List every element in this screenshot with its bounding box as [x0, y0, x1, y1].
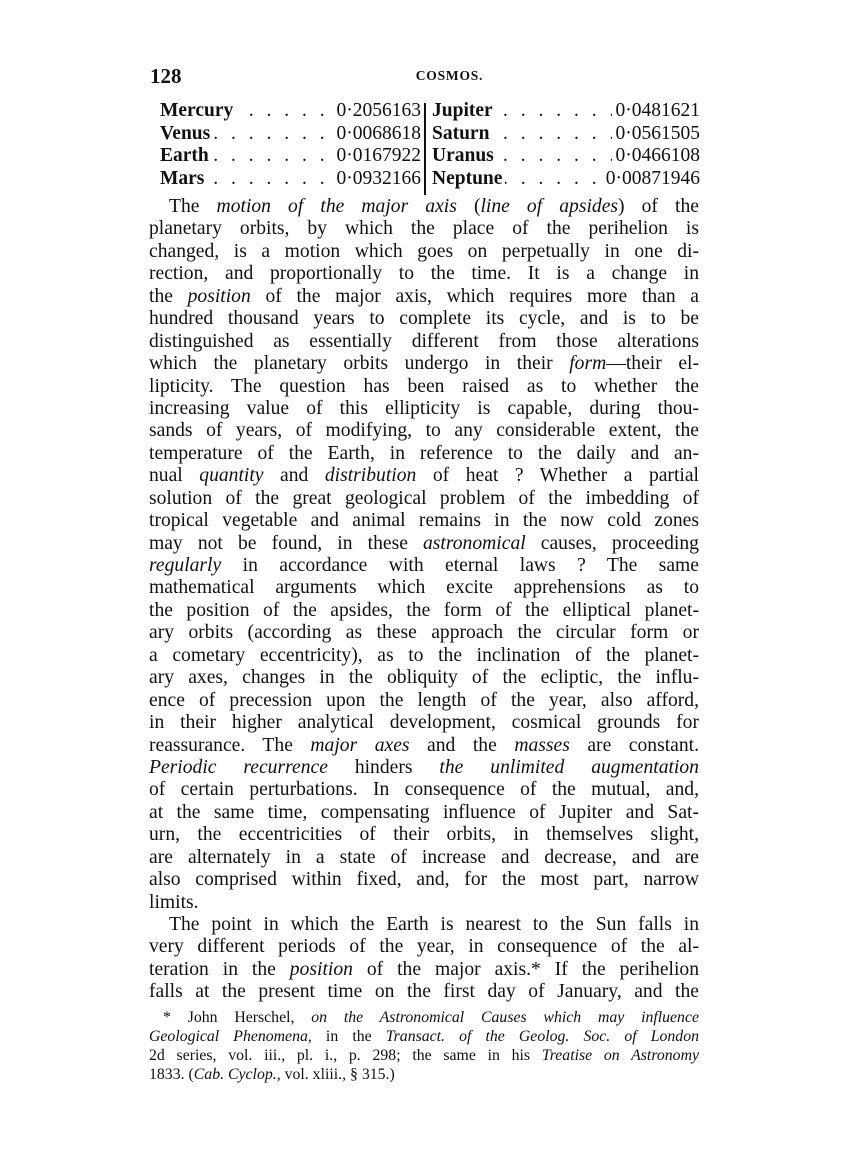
text-line: distinguished as essentially different f…: [149, 331, 699, 353]
text-line-content: are alternately in a state of increase a…: [149, 847, 699, 869]
italic-text: Periodic recurrence: [149, 757, 328, 778]
text-line: a cometary eccentricity), as to the incl…: [149, 645, 699, 667]
text-line-content: limits.: [149, 892, 699, 914]
text-run: a cometary eccentricity), as to the incl…: [149, 645, 699, 666]
table-row: . . . . . . . . . . . . . . . . . . . . …: [432, 123, 700, 146]
text-run: The point in which the Earth is nearest …: [169, 914, 699, 935]
text-line: ary axes, changes in the obliquity of th…: [149, 667, 699, 689]
text-run: 1833. (: [149, 1066, 194, 1083]
text-line-content: also comprised within fixed, and, for th…: [149, 869, 699, 891]
italic-text: quantity: [199, 465, 263, 486]
italic-text: the unlimited augmentation: [439, 757, 699, 778]
text-run: planetary orbits, by which the place of …: [149, 218, 699, 239]
italic-text: major axes: [310, 735, 409, 756]
text-line: hundred thousand years to complete its c…: [149, 308, 699, 330]
text-run: nual: [149, 465, 199, 486]
table-row: . . . . . . . . . . . . . . . . . . . . …: [432, 145, 700, 168]
text-run: the: [149, 286, 188, 307]
text-line-content: regularly in accordance with eternal law…: [149, 555, 699, 577]
text-run: of the major axis.* If the perihelion: [353, 959, 699, 980]
text-line-content: nual quantity and distribution of heat ?…: [149, 465, 699, 487]
eccentricity-value: 0·0932166: [333, 168, 422, 191]
column-divider: [424, 103, 426, 195]
italic-text: position: [188, 286, 251, 307]
text-line: ence of precession upon the length of th…: [149, 690, 699, 712]
text-line-content: 2d series, vol. iii., pl. i., p. 298; th…: [149, 1046, 699, 1065]
text-line-content: which the planetary orbits undergo in th…: [149, 353, 699, 375]
eccentricity-value: 0·0167922: [333, 145, 422, 168]
italic-text: distribution: [325, 465, 416, 486]
text-line-content: urn, the eccentricities of their orbits,…: [149, 824, 699, 846]
text-line: ary orbits (according as these approach …: [149, 622, 699, 644]
text-line-content: ary orbits (according as these approach …: [149, 622, 699, 644]
text-line: The motion of the major axis (line of ap…: [149, 196, 699, 218]
table-row: . . . . . . . . . . . . . . . . . . . . …: [160, 100, 421, 123]
text-run: in their higher analytical development, …: [149, 712, 699, 733]
text-run: are alternately in a state of increase a…: [149, 847, 699, 868]
text-line-content: rection, and proportionally to the time.…: [149, 263, 699, 285]
text-run: causes, proceeding: [526, 533, 699, 554]
text-run: at the same time, compensating influence…: [149, 802, 699, 823]
planet-name: Earth: [160, 145, 212, 166]
running-title: COSMOS.: [150, 68, 699, 84]
text-line: tropical vegetable and animal remains in…: [149, 510, 699, 532]
text-run: hinders: [328, 757, 440, 778]
text-line: the position of the major axis, which re…: [149, 286, 699, 308]
text-line: of certain perturbations. In consequence…: [149, 779, 699, 801]
text-line: mathematical arguments which excite appr…: [149, 577, 699, 599]
italic-text: masses: [514, 735, 570, 756]
text-line: * John Herschel, on the Astronomical Cau…: [149, 1008, 699, 1027]
text-run: of the major axis, which requires more t…: [251, 286, 699, 307]
text-run: ) of the: [618, 196, 699, 217]
text-run: solution of the great geological problem…: [149, 488, 699, 509]
text-line: The point in which the Earth is nearest …: [149, 914, 699, 936]
text-line: 2d series, vol. iii., pl. i., p. 298; th…: [149, 1046, 699, 1065]
italic-text: Cab. Cyclop.: [194, 1066, 277, 1083]
table-column-left: . . . . . . . . . . . . . . . . . . . . …: [160, 100, 421, 196]
text-line: reassurance. The major axes and the mass…: [149, 735, 699, 757]
text-line: are alternately in a state of increase a…: [149, 847, 699, 869]
text-line: also comprised within fixed, and, for th…: [149, 869, 699, 891]
planet-name: Uranus: [432, 145, 497, 166]
text-line: which the planetary orbits undergo in th…: [149, 353, 699, 375]
italic-text: regularly: [149, 555, 221, 576]
text-line-content: increasing value of this ellipticity is …: [149, 398, 699, 420]
text-run: rection, and proportionally to the time.…: [149, 263, 699, 284]
text-line: Geological Phenomena, in the Transact. o…: [149, 1027, 699, 1046]
text-line: at the same time, compensating influence…: [149, 802, 699, 824]
text-line: very different periods of the year, in c…: [149, 936, 699, 958]
text-line-content: solution of the great geological problem…: [149, 488, 699, 510]
text-line: urn, the eccentricities of their orbits,…: [149, 824, 699, 846]
text-run: and the: [410, 735, 515, 756]
text-run: changed, is a motion which goes on perpe…: [149, 241, 699, 262]
text-line-content: ence of precession upon the length of th…: [149, 690, 699, 712]
italic-text: on the Astronomical Causes which may inf…: [311, 1009, 699, 1026]
table-row: . . . . . . . . . . . . . . . . . . . . …: [160, 145, 421, 168]
italic-text: Transact. of the Geolog. Soc. of London: [386, 1028, 699, 1045]
text-run: of heat ? Whether a partial: [416, 465, 699, 486]
text-line-content: sands of years, of modifying, to any con…: [149, 420, 699, 442]
text-run: increasing value of this ellipticity is …: [149, 398, 699, 419]
text-run: (: [457, 196, 481, 217]
text-line-content: planetary orbits, by which the place of …: [149, 218, 699, 240]
text-line-content: lipticity. The question has been raised …: [149, 376, 699, 398]
text-run: ary axes, changes in the obliquity of th…: [149, 667, 699, 688]
text-run: teration in the: [149, 959, 290, 980]
text-line: nual quantity and distribution of heat ?…: [149, 465, 699, 487]
text-line: increasing value of this ellipticity is …: [149, 398, 699, 420]
text-line: Periodic recurrence hinders the unlimite…: [149, 757, 699, 779]
italic-text: motion of the major axis: [217, 196, 457, 217]
text-line-content: ary axes, changes in the obliquity of th…: [149, 667, 699, 689]
text-line-content: temperature of the Earth, in reference t…: [149, 443, 699, 465]
table-row: . . . . . . . . . . . . . . . . . . . . …: [432, 100, 700, 123]
text-line: changed, is a motion which goes on perpe…: [149, 241, 699, 263]
running-head: 128 COSMOS.: [150, 64, 699, 88]
eccentricity-value: 0·0068618: [333, 123, 422, 146]
eccentricity-value: 0·2056163: [333, 100, 422, 123]
text-line-content: the position of the apsides, the form of…: [149, 600, 699, 622]
text-line: sands of years, of modifying, to any con…: [149, 420, 699, 442]
italic-text: Geological Phenomena: [149, 1028, 308, 1045]
text-run: urn, the eccentricities of their orbits,…: [149, 824, 699, 845]
text-line-content: Periodic recurrence hinders the unlimite…: [149, 757, 699, 779]
italic-text: line of apsides: [480, 196, 618, 217]
text-run: limits.: [149, 892, 199, 913]
text-line: teration in the position of the major ax…: [149, 959, 699, 981]
eccentricity-table: . . . . . . . . . . . . . . . . . . . . …: [160, 100, 700, 196]
text-run: reassurance. The: [149, 735, 310, 756]
text-run: hundred thousand years to complete its c…: [149, 308, 699, 329]
planet-name: Jupiter: [432, 100, 496, 121]
text-run: , in the: [308, 1028, 386, 1045]
text-run: and: [263, 465, 324, 486]
text-run: which the planetary orbits undergo in th…: [149, 353, 569, 374]
text-run: of certain perturbations. In consequence…: [149, 779, 699, 800]
text-run: mathematical arguments which excite appr…: [149, 577, 699, 598]
text-line: may not be found, in these astronomical …: [149, 533, 699, 555]
text-line-content: very different periods of the year, in c…: [149, 936, 699, 958]
text-run: very different periods of the year, in c…: [149, 936, 699, 957]
text-line: 1833. (Cab. Cyclop., vol. xliii., § 315.…: [149, 1065, 699, 1084]
text-line-content: hundred thousand years to complete its c…: [149, 308, 699, 330]
italic-text: astronomical: [423, 533, 526, 554]
text-line-content: * John Herschel, on the Astronomical Cau…: [163, 1008, 699, 1027]
planet-name: Venus: [160, 123, 213, 144]
planet-name: Saturn: [432, 123, 492, 144]
text-run: 2d series, vol. iii., pl. i., p. 298; th…: [149, 1047, 542, 1064]
table-row: . . . . . . . . . . . . . . . . . . . . …: [160, 123, 421, 146]
text-run: The: [169, 196, 217, 217]
text-line-content: tropical vegetable and animal remains in…: [149, 510, 699, 532]
text-line-content: in their higher analytical development, …: [149, 712, 699, 734]
text-line: in their higher analytical development, …: [149, 712, 699, 734]
eccentricity-value: 0·0561505: [612, 123, 701, 146]
eccentricity-value: 0·00871946: [602, 168, 700, 191]
italic-text: Treatise on Astronomy: [542, 1047, 699, 1064]
text-line-content: teration in the position of the major ax…: [149, 959, 699, 981]
text-line-content: The motion of the major axis (line of ap…: [169, 196, 699, 218]
text-run: falls at the present time on the first d…: [149, 981, 699, 1002]
text-run: lipticity. The question has been raised …: [149, 376, 699, 397]
text-line-content: a cometary eccentricity), as to the incl…: [149, 645, 699, 667]
text-line: limits.: [149, 892, 699, 914]
table-column-right: . . . . . . . . . . . . . . . . . . . . …: [432, 100, 700, 196]
text-line: regularly in accordance with eternal law…: [149, 555, 699, 577]
text-run: ary orbits (according as these approach …: [149, 622, 699, 643]
text-line-content: mathematical arguments which excite appr…: [149, 577, 699, 599]
text-run: , vol. xliii., § 315.): [277, 1066, 395, 1083]
text-line: lipticity. The question has been raised …: [149, 376, 699, 398]
text-line-content: of certain perturbations. In consequence…: [149, 779, 699, 801]
text-run: tropical vegetable and animal remains in…: [149, 510, 699, 531]
text-run: * John Herschel,: [163, 1009, 311, 1026]
text-line: rection, and proportionally to the time.…: [149, 263, 699, 285]
text-line: temperature of the Earth, in reference t…: [149, 443, 699, 465]
text-line: falls at the present time on the first d…: [149, 981, 699, 1003]
text-line-content: Geological Phenomena, in the Transact. o…: [149, 1027, 699, 1046]
text-line-content: falls at the present time on the first d…: [149, 981, 699, 1003]
text-run: may not be found, in these: [149, 533, 423, 554]
table-row: . . . . . . . . . . . . . . . . . . . . …: [160, 168, 421, 191]
eccentricity-value: 0·0481621: [612, 100, 701, 123]
text-line-content: 1833. (Cab. Cyclop., vol. xliii., § 315.…: [149, 1065, 699, 1084]
text-run: in accordance with eternal laws ? The sa…: [221, 555, 699, 576]
text-line-content: distinguished as essentially different f…: [149, 331, 699, 353]
italic-text: position: [290, 959, 353, 980]
text-run: —their el-: [606, 353, 699, 374]
book-page: 128 COSMOS. . . . . . . . . . . . . . . …: [0, 0, 850, 1150]
table-row: . . . . . . . . . . . . . . . . . . . . …: [432, 168, 700, 191]
body-text: The motion of the major axis (line of ap…: [149, 196, 699, 1004]
text-run: temperature of the Earth, in reference t…: [149, 443, 699, 464]
text-run: distinguished as essentially different f…: [149, 331, 699, 352]
text-line-content: The point in which the Earth is nearest …: [169, 914, 699, 936]
text-line-content: reassurance. The major axes and the mass…: [149, 735, 699, 757]
text-line-content: the position of the major axis, which re…: [149, 286, 699, 308]
text-line-content: changed, is a motion which goes on perpe…: [149, 241, 699, 263]
text-line: the position of the apsides, the form of…: [149, 600, 699, 622]
planet-name: Mercury: [160, 100, 236, 121]
text-line-content: at the same time, compensating influence…: [149, 802, 699, 824]
text-line-content: may not be found, in these astronomical …: [149, 533, 699, 555]
text-run: also comprised within fixed, and, for th…: [149, 869, 699, 890]
text-line: planetary orbits, by which the place of …: [149, 218, 699, 240]
text-run: ence of precession upon the length of th…: [149, 690, 699, 711]
text-line: solution of the great geological problem…: [149, 488, 699, 510]
eccentricity-value: 0·0466108: [612, 145, 701, 168]
italic-text: form: [569, 353, 606, 374]
text-run: sands of years, of modifying, to any con…: [149, 420, 699, 441]
text-run: the position of the apsides, the form of…: [149, 600, 699, 621]
text-run: are constant.: [570, 735, 699, 756]
planet-name: Mars: [160, 168, 207, 189]
planet-name: Neptune: [432, 168, 505, 189]
footnote: * John Herschel, on the Astronomical Cau…: [149, 1008, 699, 1084]
